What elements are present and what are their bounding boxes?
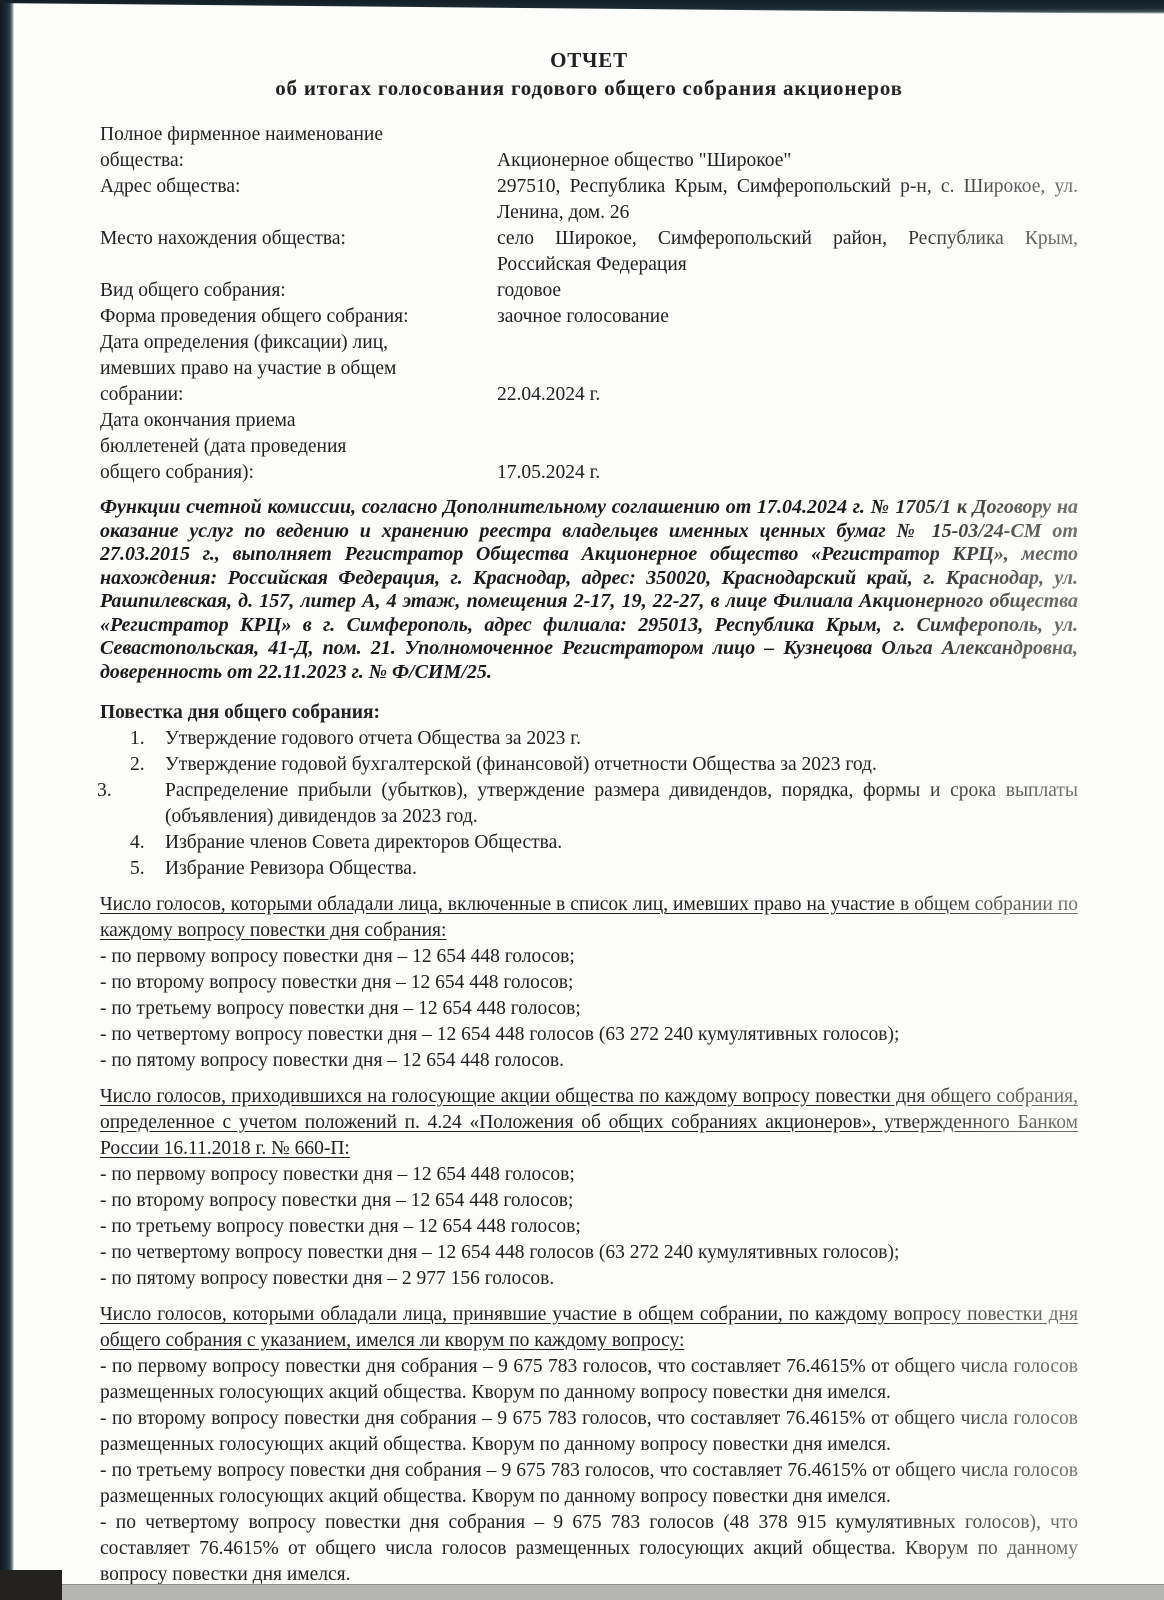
vote-line: - по первому вопросу повестки дня – 12 6… <box>100 1162 1078 1188</box>
section-heading: Число голосов, которыми обладали лица, п… <box>100 1302 1078 1354</box>
report-title: ОТЧЕТ <box>100 46 1078 74</box>
agenda-item-number: 3. <box>97 778 165 830</box>
info-row-meeting-form: Форма проведения общего собрания: заочно… <box>100 304 1078 330</box>
info-value: село Широкое, Симферопольский район, Рес… <box>497 226 1078 278</box>
votes-section-voting-shares: Число голосов, приходившихся на голосующ… <box>100 1084 1078 1292</box>
agenda-item: 2. Утверждение годовой бухгалтерской (фи… <box>100 752 1078 778</box>
vote-line: - по первому вопросу повестки дня – 12 6… <box>100 944 1078 970</box>
vote-line: - по пятому вопросу повестки дня – 12 65… <box>100 1048 1078 1074</box>
vote-line: - по первому вопросу повестки дня собран… <box>100 1354 1078 1406</box>
info-value: Акционерное общество "Широкое" <box>497 148 1078 174</box>
agenda-item-number: 1. <box>130 726 165 752</box>
info-label: Вид общего собрания: <box>100 278 497 304</box>
vote-line: - по второму вопросу повестки дня – 12 6… <box>100 970 1078 996</box>
info-label: Место нахождения общества: <box>100 226 497 278</box>
vote-line: - по пятому вопросу повестки дня – 2 977… <box>100 1266 1078 1292</box>
section-heading: Число голосов, которыми обладали лица, в… <box>100 892 1078 944</box>
section-heading: Число голосов, приходившихся на голосующ… <box>100 1084 1078 1162</box>
info-label: Полное фирменное наименование общества: <box>100 122 497 174</box>
vote-line: - по третьему вопросу повестки дня – 12 … <box>100 996 1078 1022</box>
agenda-item-number: 5. <box>130 856 165 882</box>
vote-line: - по третьему вопросу повестки дня собра… <box>100 1458 1078 1510</box>
agenda-item-text: Распределение прибыли (убытков), утвержд… <box>165 778 1078 830</box>
votes-section-entitled: Число голосов, которыми обладали лица, в… <box>100 892 1078 1074</box>
info-value: 17.05.2024 г. <box>497 460 1078 486</box>
agenda-item-text: Утверждение годового отчета Общества за … <box>165 726 1078 752</box>
vote-line: - по второму вопросу повестки дня собран… <box>100 1406 1078 1458</box>
votes-section-quorum: Число голосов, которыми обладали лица, п… <box>100 1302 1078 1588</box>
agenda-item: 1. Утверждение годового отчета Общества … <box>100 726 1078 752</box>
info-row-record-date: Дата определения (фиксации) лиц, имевших… <box>100 330 1078 408</box>
registrar-paragraph: Функции счетной комиссии, согласно Допол… <box>100 496 1078 684</box>
info-row-address: Адрес общества: 297510, Республика Крым,… <box>100 174 1078 226</box>
scan-edge-top <box>0 0 1164 14</box>
vote-line: - по четвертому вопросу повестки дня – 1… <box>100 1022 1078 1048</box>
info-value: 297510, Республика Крым, Симферопольский… <box>497 174 1078 226</box>
info-label: Адрес общества: <box>100 174 497 226</box>
report-body: ОТЧЕТ об итогах голосования годового общ… <box>100 46 1078 1588</box>
agenda-item-number: 4. <box>130 830 165 856</box>
agenda-section: Повестка дня общего собрания: 1. Утвержд… <box>100 700 1078 882</box>
scanned-report-page: ОТЧЕТ об итогах голосования годового общ… <box>0 0 1164 1600</box>
section-heading-text: Число голосов, приходившихся на голосующ… <box>100 1086 1078 1159</box>
info-row-company-name: Полное фирменное наименование общества: … <box>100 122 1078 174</box>
agenda-item: 5. Избрание Ревизора Общества. <box>100 856 1078 882</box>
agenda-item: 3. Распределение прибыли (убытков), утве… <box>100 778 1078 830</box>
vote-line: - по четвертому вопросу повестки дня – 1… <box>100 1240 1078 1266</box>
scan-edge-left <box>0 0 14 1574</box>
agenda-heading: Повестка дня общего собрания: <box>100 700 1078 726</box>
info-row-meeting-type: Вид общего собрания: годовое <box>100 278 1078 304</box>
scan-strip-bottom <box>12 1584 1164 1600</box>
vote-line: - по второму вопросу повестки дня – 12 6… <box>100 1188 1078 1214</box>
agenda-item-text: Избрание Ревизора Общества. <box>165 856 1078 882</box>
section-heading-text: Число голосов, которыми обладали лица, в… <box>100 894 1078 941</box>
scan-foot-bottom-left <box>0 1570 62 1600</box>
vote-line: - по четвертому вопросу повестки дня соб… <box>100 1510 1078 1588</box>
agenda-item: 4. Избрание членов Совета директоров Общ… <box>100 830 1078 856</box>
info-row-end-date: Дата окончания приема бюллетеней (дата п… <box>100 408 1078 486</box>
info-value: заочное голосование <box>497 304 1078 330</box>
section-heading-text: Число голосов, которыми обладали лица, п… <box>100 1304 1078 1351</box>
agenda-item-number: 2. <box>130 752 165 778</box>
agenda-item-text: Утверждение годовой бухгалтерской (финан… <box>165 752 1078 778</box>
report-subtitle: об итогах голосования годового общего со… <box>100 74 1078 102</box>
info-label: Форма проведения общего собрания: <box>100 304 497 330</box>
info-label: Дата окончания приема бюллетеней (дата п… <box>100 408 497 486</box>
info-row-location: Место нахождения общества: село Широкое,… <box>100 226 1078 278</box>
info-value: годовое <box>497 278 1078 304</box>
info-value: 22.04.2024 г. <box>497 382 1078 408</box>
vote-line: - по третьему вопросу повестки дня – 12 … <box>100 1214 1078 1240</box>
company-info-table: Полное фирменное наименование общества: … <box>100 122 1078 486</box>
agenda-item-text: Избрание членов Совета директоров Общест… <box>165 830 1078 856</box>
info-label: Дата определения (фиксации) лиц, имевших… <box>100 330 497 408</box>
